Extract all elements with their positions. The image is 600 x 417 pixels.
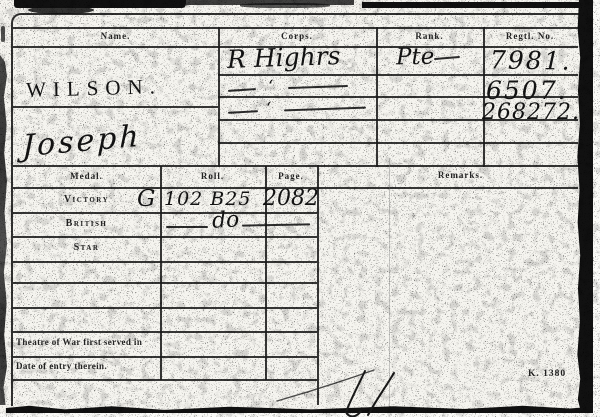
theatre-of-war-label: Theatre of War first served in (16, 337, 142, 347)
corps-column-header: Corps. (218, 31, 376, 41)
british-ditto-entry: do (211, 209, 239, 232)
date-of-entry-label: Date of entry therein. (16, 361, 107, 371)
regtl-number-3: 268272. (482, 102, 580, 124)
corps-entry-handwritten: R Highrs (227, 43, 341, 72)
medal-column-header: Medal. (13, 171, 160, 181)
name-column-header: Name. (13, 31, 218, 41)
date-row-line (13, 379, 317, 381)
roll-column-header: Roll. (160, 171, 265, 181)
scan-margin-right (593, 0, 600, 417)
scan-margin-bottom (0, 413, 600, 417)
surname-handwritten: WILSON. (26, 76, 162, 101)
scan-edge-left (0, 55, 7, 405)
medal-row-line-4 (13, 282, 317, 284)
header-row-top-line (13, 27, 584, 29)
corps-ditto-mark: ‘ (266, 101, 271, 118)
medal-row-line-6 (13, 331, 317, 333)
scan-edge-left-speck (1, 26, 5, 42)
scan-edge-top-blob (28, 6, 94, 14)
remarks-column-header: Remarks. (330, 170, 591, 180)
medal-row-line-2 (13, 236, 317, 238)
ditto-dash-stroke (166, 226, 208, 228)
medal-row-line-1 (13, 212, 317, 214)
medal-row-line-5 (13, 307, 317, 309)
scan-edge-top-blob (240, 3, 330, 8)
medal-row-label-british: British (13, 218, 160, 229)
victory-roll-entry: 102 B25 (164, 190, 251, 209)
scan-edge-top (362, 2, 592, 8)
page-column-header: Page. (265, 171, 317, 181)
fold-crease-line (389, 158, 390, 410)
surname-rule-line (13, 106, 218, 108)
corps-ditto-mark: ‘ (268, 79, 273, 96)
regtl-no-column-header: Regtl. No. (483, 31, 577, 41)
medal-row-label-star: Star (13, 242, 160, 253)
rank-column-header: Rank. (376, 31, 483, 41)
theatre-row-line (13, 356, 317, 358)
divider-medal-roll (160, 166, 162, 380)
regtl-number-1: 7981. (490, 47, 572, 73)
top-row-line-4 (218, 142, 578, 144)
stray-ink-mark: ’ (412, 214, 416, 225)
form-number: K. 1380 (528, 369, 566, 379)
victory-roll-prefix: G (137, 188, 155, 211)
medal-index-card-scan: Name. Corps. Rank. Regtl. No. Medal. Rol… (0, 0, 600, 417)
section-divider-line (13, 165, 584, 167)
medal-row-line-3 (13, 261, 317, 263)
rank-entry-handwritten: Pte (396, 46, 435, 70)
victory-page-entry: 2082 (263, 188, 319, 210)
